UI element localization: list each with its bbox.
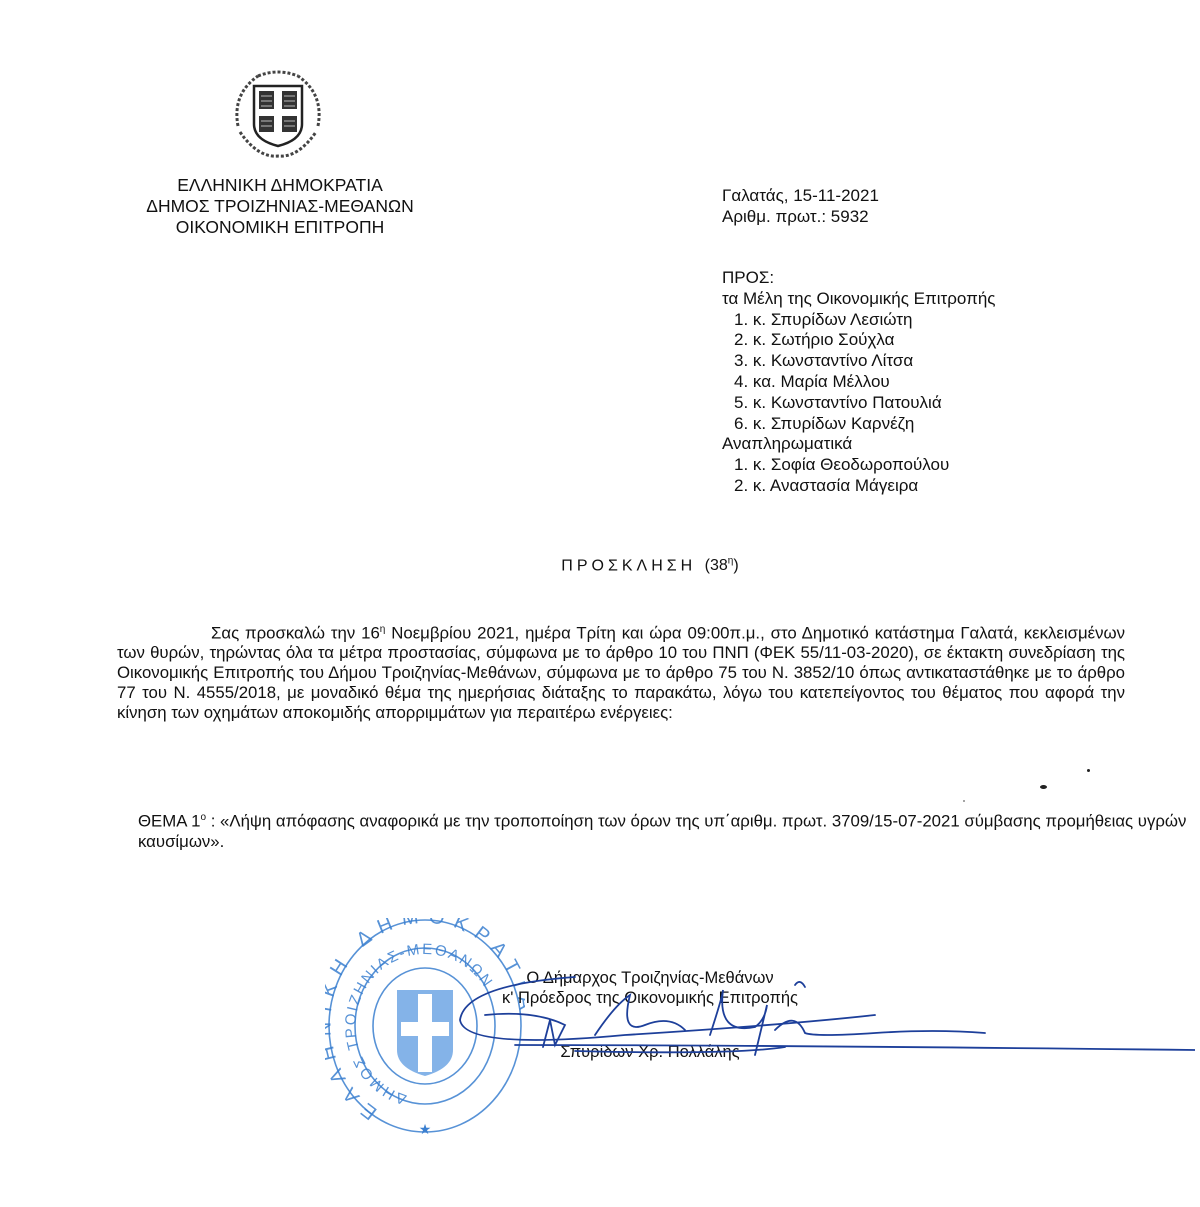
agenda-topic: ΘΕΜΑ 1ο : «Λήψη απόφασης αναφορικά με τη… — [138, 808, 1198, 852]
date-protocol-block: Γαλατάς, 15-11-2021 Αριθμ. πρωτ.: 5932 — [722, 185, 879, 227]
handwritten-signature — [455, 975, 1195, 1085]
scan-speck — [1087, 769, 1090, 772]
issuer-line: ΕΛΛΗΝΙΚΗ ΔΗΜΟΚΡΑΤΙΑ — [130, 175, 430, 196]
member-item: 3. κ. Κωνσταντίνο Λίτσα — [722, 351, 996, 372]
scan-speck — [963, 800, 965, 802]
scan-speck — [1040, 785, 1047, 789]
svg-text:★: ★ — [419, 1121, 432, 1137]
alternates-label: Αναπληρωματικά — [722, 434, 996, 455]
title-number: (38η) — [705, 557, 739, 574]
alternate-item: 1. κ. Σοφία Θεοδωροπούλου — [722, 455, 996, 476]
place-date: Γαλατάς, 15-11-2021 — [722, 185, 879, 206]
topic-label: ΘΕΜΑ 1 — [138, 812, 201, 831]
member-item: 6. κ. Σπυρίδων Καρνέζη — [722, 414, 996, 435]
member-item: 1. κ. Σπυρίδων Λεσιώτη — [722, 310, 996, 331]
topic-text: : «Λήψη απόφασης αναφορικά με την τροποπ… — [138, 812, 1186, 851]
issuer-block: ΕΛΛΗΝΙΚΗ ΔΗΜΟΚΡΑΤΙΑ ΔΗΜΟΣ ΤΡΟΙΖΗΝΙΑΣ-ΜΕΘ… — [130, 175, 430, 238]
invitation-body: Σας προσκαλώ την 16η Νοεμβρίου 2021, ημέ… — [117, 620, 1125, 723]
coat-of-arms-icon — [228, 66, 328, 162]
body-part1: Σας προσκαλώ την 16 — [211, 624, 380, 643]
member-item: 2. κ. Σωτήριο Σούχλα — [722, 330, 996, 351]
document-title: ΠΡΟΣΚΛΗΣΗ (38η) — [0, 556, 1200, 575]
protocol-number: Αριθμ. πρωτ.: 5932 — [722, 206, 879, 227]
invitation-paragraph: Σας προσκαλώ την 16η Νοεμβρίου 2021, ημέ… — [117, 620, 1125, 723]
title-number-value: (38 — [705, 557, 728, 574]
title-number-close: ) — [733, 557, 738, 574]
issuer-line: ΔΗΜΟΣ ΤΡΟΙΖΗΝΙΑΣ-ΜΕΘΑΝΩΝ — [130, 196, 430, 217]
member-item: 5. κ. Κωνσταντίνο Πατουλιά — [722, 393, 996, 414]
member-item: 4. κα. Μαρία Μέλλου — [722, 372, 996, 393]
issuer-line: ΟΙΚΟΝΟΜΙΚΗ ΕΠΙΤΡΟΠΗ — [130, 217, 430, 238]
recipients-block: ΠΡΟΣ: τα Μέλη της Οικονομικής Επιτροπής … — [722, 268, 996, 497]
recipients-label: ΠΡΟΣ: — [722, 268, 996, 289]
recipients-intro: τα Μέλη της Οικονομικής Επιτροπής — [722, 289, 996, 310]
alternate-item: 2. κ. Αναστασία Μάγειρα — [722, 476, 996, 497]
title-text: ΠΡΟΣΚΛΗΣΗ — [561, 557, 696, 574]
